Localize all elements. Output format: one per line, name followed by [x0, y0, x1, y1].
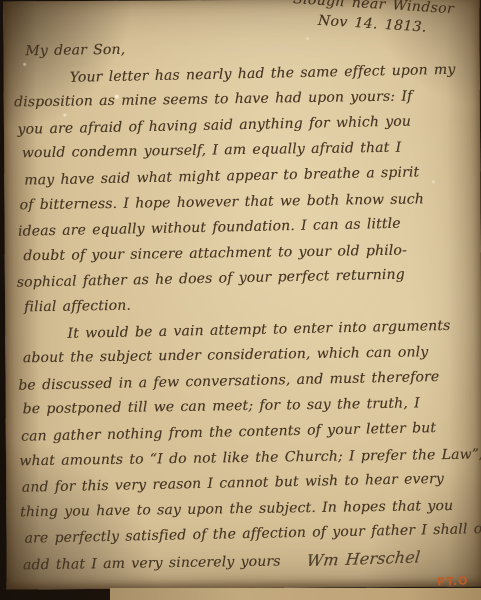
paper-specks	[3, 1, 5, 3]
letter-photograph: Slough near Windsor Nov 14. 1813. My dea…	[0, 0, 481, 600]
letter-body: My dear Son, Your letter has nearly had …	[11, 33, 481, 577]
pto-mark: PT.O	[437, 574, 469, 588]
paper-edge-strip	[110, 588, 481, 600]
closing-text: add that I am very sincerely yours	[23, 553, 281, 573]
signature: Wm Herschel	[305, 544, 421, 573]
letter-paper: Slough near Windsor Nov 14. 1813. My dea…	[3, 0, 481, 589]
